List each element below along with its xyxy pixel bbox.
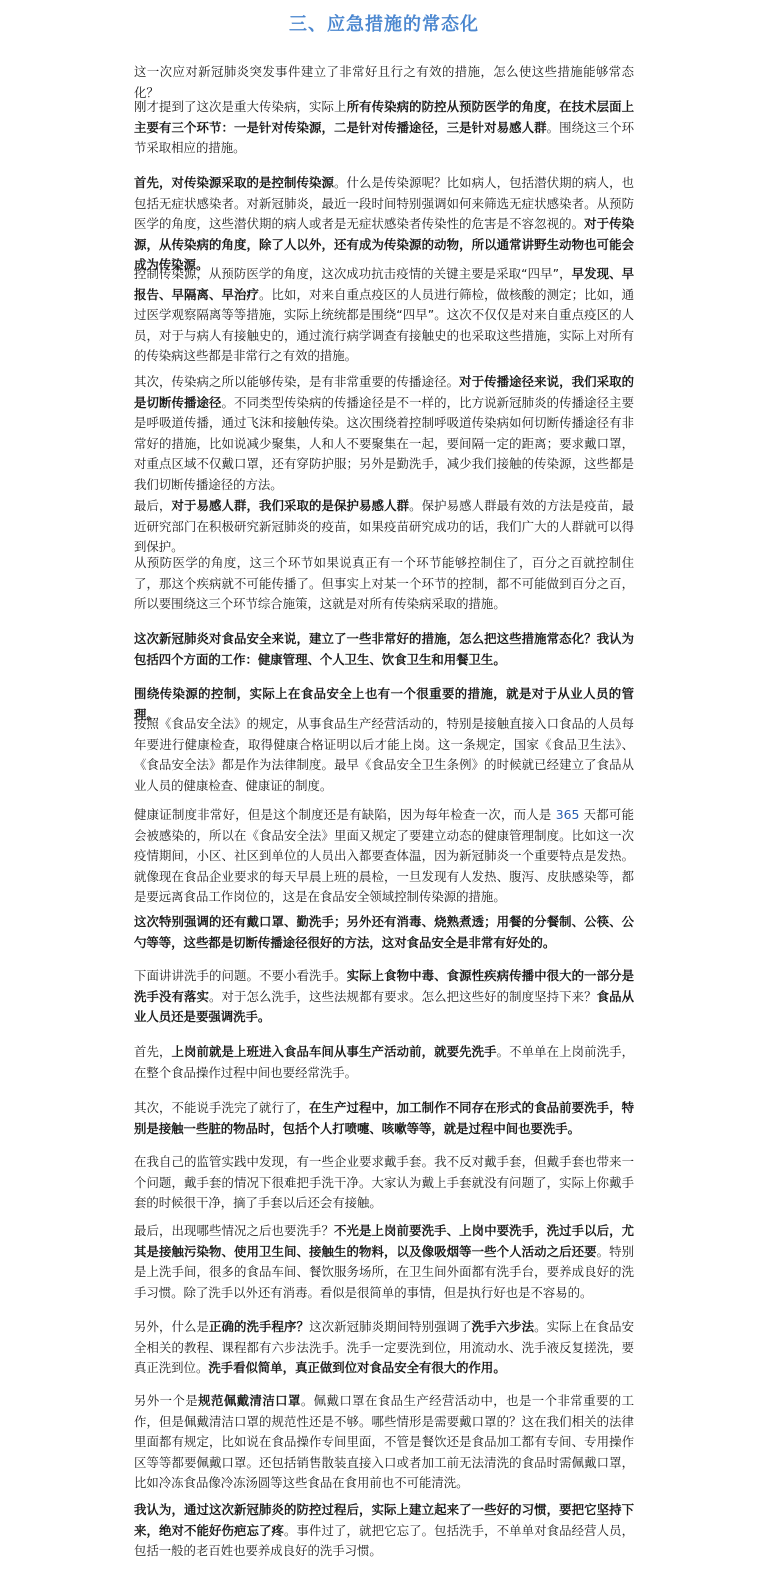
- paragraph: 我认为，通过这次新冠肺炎的防控过程后，实际上建立起来了一些好的习惯，要把它坚持下…: [134, 1500, 634, 1562]
- text: 下面讲讲洗手的问题。不要小看洗手。: [134, 968, 347, 983]
- bold-text: 上岗前就是上班进入食品车间从事生产活动前，就要先洗手: [172, 1044, 497, 1059]
- text: 这次新冠肺炎期间特别强调了: [309, 1319, 472, 1334]
- text: 其次，传染病之所以能够传染，是有非常重要的传播途径。: [134, 374, 459, 389]
- section-title: 三、应急措施的常态化: [134, 10, 634, 40]
- text: 其次，不能说手洗完了就行了，: [134, 1100, 309, 1115]
- paragraph: 在我自己的监管实践中发现，有一些企业要求戴手套。我不反对戴手套，但戴手套也带来一…: [134, 1152, 634, 1214]
- paragraph: 这次特别强调的还有戴口罩、勤洗手；另外还有消毒、烧熟煮透；用餐的分餐制、公筷、公…: [134, 912, 634, 953]
- bold-text: 洗手六步法: [472, 1319, 535, 1334]
- paragraph: 最后，对于易感人群，我们采取的是保护易感人群。保护易感人群最有效的方法是疫苗，最…: [134, 496, 634, 558]
- text: 。对于怎么洗手，这些法规都有要求。怎么把这些好的制度坚持下来？: [209, 989, 597, 1004]
- paragraph: 下面讲讲洗手的问题。不要小看洗手。实际上食物中毒、食源性疾病传播中很大的一部分是…: [134, 966, 634, 1028]
- text: 首先，: [134, 1044, 172, 1059]
- paragraph: 其次，传染病之所以能够传染，是有非常重要的传播途径。对于传播途径来说，我们采取的…: [134, 372, 634, 496]
- text: 按照《食品安全法》的规定，从事食品生产经营活动的，特别是接触直接入口食品的人员每…: [134, 716, 634, 793]
- text: 健康证制度非常好，但是这个制度还是有缺陷，因为每年检查一次，而人是: [134, 807, 556, 822]
- text: 从预防医学的角度，这三个环节如果说真正有一个环节能够控制住了，百分之百就控制住了…: [134, 555, 634, 611]
- bold-text: 正确的洗手程序？: [209, 1319, 309, 1334]
- bold-text: 这次特别强调的还有戴口罩、勤洗手；另外还有消毒、烧熟煮透；用餐的分餐制、公筷、公…: [134, 914, 634, 950]
- text: 最后，: [134, 498, 172, 513]
- paragraph: 另外一个是规范佩戴清洁口罩。佩戴口罩在食品生产经营活动中，也是一个非常重要的工作…: [134, 1391, 634, 1494]
- bold-text: 对于易感人群，我们采取的是保护易感人群: [172, 498, 410, 513]
- article: 三、应急措施的常态化 这一次应对新冠肺炎突发事件建立了非常好且行之有效的措施，怎…: [134, 0, 634, 40]
- paragraph: 刚才提到了这次是重大传染病，实际上所有传染病的防控从预防医学的角度，在技术层面上…: [134, 97, 634, 159]
- paragraph: 按照《食品安全法》的规定，从事食品生产经营活动的，特别是接触直接入口食品的人员每…: [134, 714, 634, 796]
- bold-text: 这次新冠肺炎对食品安全来说，建立了一些非常好的措施，怎么把这些措施常态化？我认为…: [134, 631, 634, 667]
- number-text: 365: [556, 807, 580, 822]
- paragraph: 另外，什么是正确的洗手程序？这次新冠肺炎期间特别强调了洗手六步法。实际上在食品安…: [134, 1317, 634, 1379]
- text: 控制传染源，从预防医学的角度，这次成功抗击疫情的关键主要是采取“四早”，: [134, 266, 572, 281]
- text: 最后，出现哪些情况之后也要洗手？: [134, 1223, 334, 1238]
- paragraph: 健康证制度非常好，但是这个制度还是有缺陷，因为每年检查一次，而人是 365 天都…: [134, 805, 634, 908]
- paragraph: 首先，上岗前就是上班进入食品车间从事生产活动前，就要先洗手。不单单在上岗前洗手，…: [134, 1042, 634, 1083]
- text: 刚才提到了这次是重大传染病，实际上: [134, 99, 347, 114]
- bold-text: 首先，对传染源采取的是控制传染源: [134, 175, 334, 190]
- paragraph: 最后，出现哪些情况之后也要洗手？不光是上岗前要洗手、上岗中要洗手，洗过手以后，尤…: [134, 1221, 634, 1303]
- text: 这一次应对新冠肺炎突发事件建立了非常好且行之有效的措施，怎么使这些措施能够常态化…: [134, 64, 634, 100]
- bold-text: 洗手看似简单，真正做到位对食品安全有很大的作用。: [208, 1360, 505, 1375]
- text: 在我自己的监管实践中发现，有一些企业要求戴手套。我不反对戴手套，但戴手套也带来一…: [134, 1154, 634, 1210]
- text: 另外一个是: [134, 1393, 198, 1408]
- paragraph: 从预防医学的角度，这三个环节如果说真正有一个环节能够控制住了，百分之百就控制住了…: [134, 553, 634, 615]
- paragraph: 其次，不能说手洗完了就行了，在生产过程中，加工制作不同存在形式的食品前要洗手，特…: [134, 1098, 634, 1139]
- bold-text: 规范佩戴清洁口罩: [198, 1393, 301, 1408]
- paragraph: 控制传染源，从预防医学的角度，这次成功抗击疫情的关键主要是采取“四早”，早发现、…: [134, 264, 634, 367]
- paragraph: 首先，对传染源采取的是控制传染源。什么是传染源呢？比如病人，包括潜伏期的病人，也…: [134, 173, 634, 276]
- text: 另外，什么是: [134, 1319, 209, 1334]
- paragraph: 这次新冠肺炎对食品安全来说，建立了一些非常好的措施，怎么把这些措施常态化？我认为…: [134, 629, 634, 670]
